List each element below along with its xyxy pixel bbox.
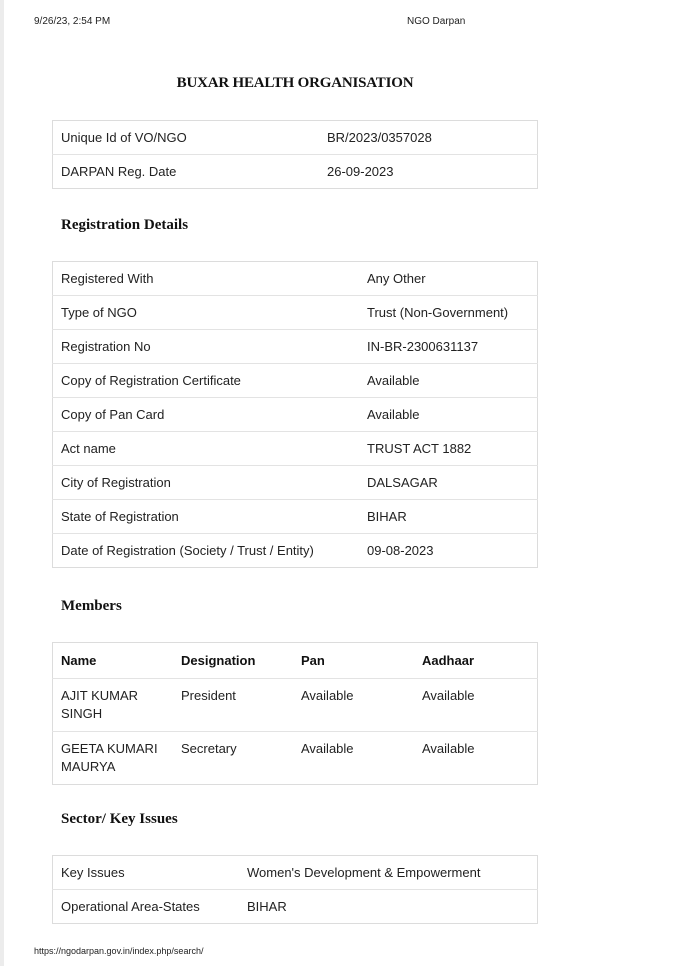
- member-designation: President: [173, 679, 293, 732]
- registration-label: Registration No: [53, 330, 360, 364]
- info-label: Unique Id of VO/NGO: [53, 121, 320, 155]
- registration-value: TRUST ACT 1882: [359, 432, 538, 466]
- table-row: Date of Registration (Society / Trust / …: [53, 534, 538, 568]
- registration-label: Date of Registration (Society / Trust / …: [53, 534, 360, 568]
- table-header-row: Name Designation Pan Aadhaar: [53, 643, 538, 679]
- print-datetime: 9/26/23, 2:54 PM: [34, 16, 110, 27]
- table-row: State of Registration BIHAR: [53, 500, 538, 534]
- registration-value: Available: [359, 364, 538, 398]
- table-row: Registration No IN-BR-2300631137: [53, 330, 538, 364]
- table-row: Copy of Registration Certificate Availab…: [53, 364, 538, 398]
- members-table: Name Designation Pan Aadhaar AJIT KUMAR …: [52, 642, 538, 785]
- column-header-name: Name: [53, 643, 174, 679]
- registration-details-table: Registered With Any Other Type of NGO Tr…: [52, 261, 538, 568]
- table-row: DARPAN Reg. Date 26-09-2023: [53, 155, 538, 189]
- registration-value: DALSAGAR: [359, 466, 538, 500]
- info-value: 26-09-2023: [319, 155, 538, 189]
- registration-label: Copy of Pan Card: [53, 398, 360, 432]
- member-aadhaar: Available: [414, 679, 538, 732]
- registration-label: Copy of Registration Certificate: [53, 364, 360, 398]
- column-header-pan: Pan: [293, 643, 414, 679]
- member-designation: Secretary: [173, 732, 293, 785]
- member-pan: Available: [293, 679, 414, 732]
- sector-label: Operational Area-States: [53, 890, 240, 924]
- sector-key-issues-heading: Sector/ Key Issues: [61, 811, 178, 828]
- table-row: Type of NGO Trust (Non-Government): [53, 296, 538, 330]
- organisation-info-table: Unique Id of VO/NGO BR/2023/0357028 DARP…: [52, 120, 538, 189]
- registration-value: Trust (Non-Government): [359, 296, 538, 330]
- table-row: AJIT KUMAR SINGH President Available Ava…: [53, 679, 538, 732]
- info-label: DARPAN Reg. Date: [53, 155, 320, 189]
- registration-details-heading: Registration Details: [61, 217, 188, 234]
- footer-url: https://ngodarpan.gov.in/index.php/searc…: [34, 946, 203, 956]
- registration-label: Registered With: [53, 262, 360, 296]
- table-row: Registered With Any Other: [53, 262, 538, 296]
- table-row: Unique Id of VO/NGO BR/2023/0357028: [53, 121, 538, 155]
- registration-value: Any Other: [359, 262, 538, 296]
- member-aadhaar: Available: [414, 732, 538, 785]
- registration-label: State of Registration: [53, 500, 360, 534]
- organisation-name: BUXAR HEALTH ORGANISATION: [0, 75, 590, 92]
- registration-value: BIHAR: [359, 500, 538, 534]
- page-edge: [0, 0, 4, 966]
- column-header-designation: Designation: [173, 643, 293, 679]
- registration-label: Type of NGO: [53, 296, 360, 330]
- registration-label: Act name: [53, 432, 360, 466]
- site-title: NGO Darpan: [407, 16, 465, 27]
- registration-label: City of Registration: [53, 466, 360, 500]
- sector-value: BIHAR: [239, 890, 538, 924]
- table-row: Act name TRUST ACT 1882: [53, 432, 538, 466]
- member-pan: Available: [293, 732, 414, 785]
- member-name: GEETA KUMARI MAURYA: [53, 732, 174, 785]
- table-row: Operational Area-States BIHAR: [53, 890, 538, 924]
- sector-table: Key Issues Women's Development & Empower…: [52, 855, 538, 924]
- registration-value: Available: [359, 398, 538, 432]
- members-heading: Members: [61, 598, 122, 615]
- table-row: Key Issues Women's Development & Empower…: [53, 856, 538, 890]
- info-value: BR/2023/0357028: [319, 121, 538, 155]
- sector-label: Key Issues: [53, 856, 240, 890]
- member-name: AJIT KUMAR SINGH: [53, 679, 174, 732]
- table-row: Copy of Pan Card Available: [53, 398, 538, 432]
- registration-value: 09-08-2023: [359, 534, 538, 568]
- registration-value: IN-BR-2300631137: [359, 330, 538, 364]
- sector-value: Women's Development & Empowerment: [239, 856, 538, 890]
- table-row: City of Registration DALSAGAR: [53, 466, 538, 500]
- column-header-aadhaar: Aadhaar: [414, 643, 538, 679]
- table-row: GEETA KUMARI MAURYA Secretary Available …: [53, 732, 538, 785]
